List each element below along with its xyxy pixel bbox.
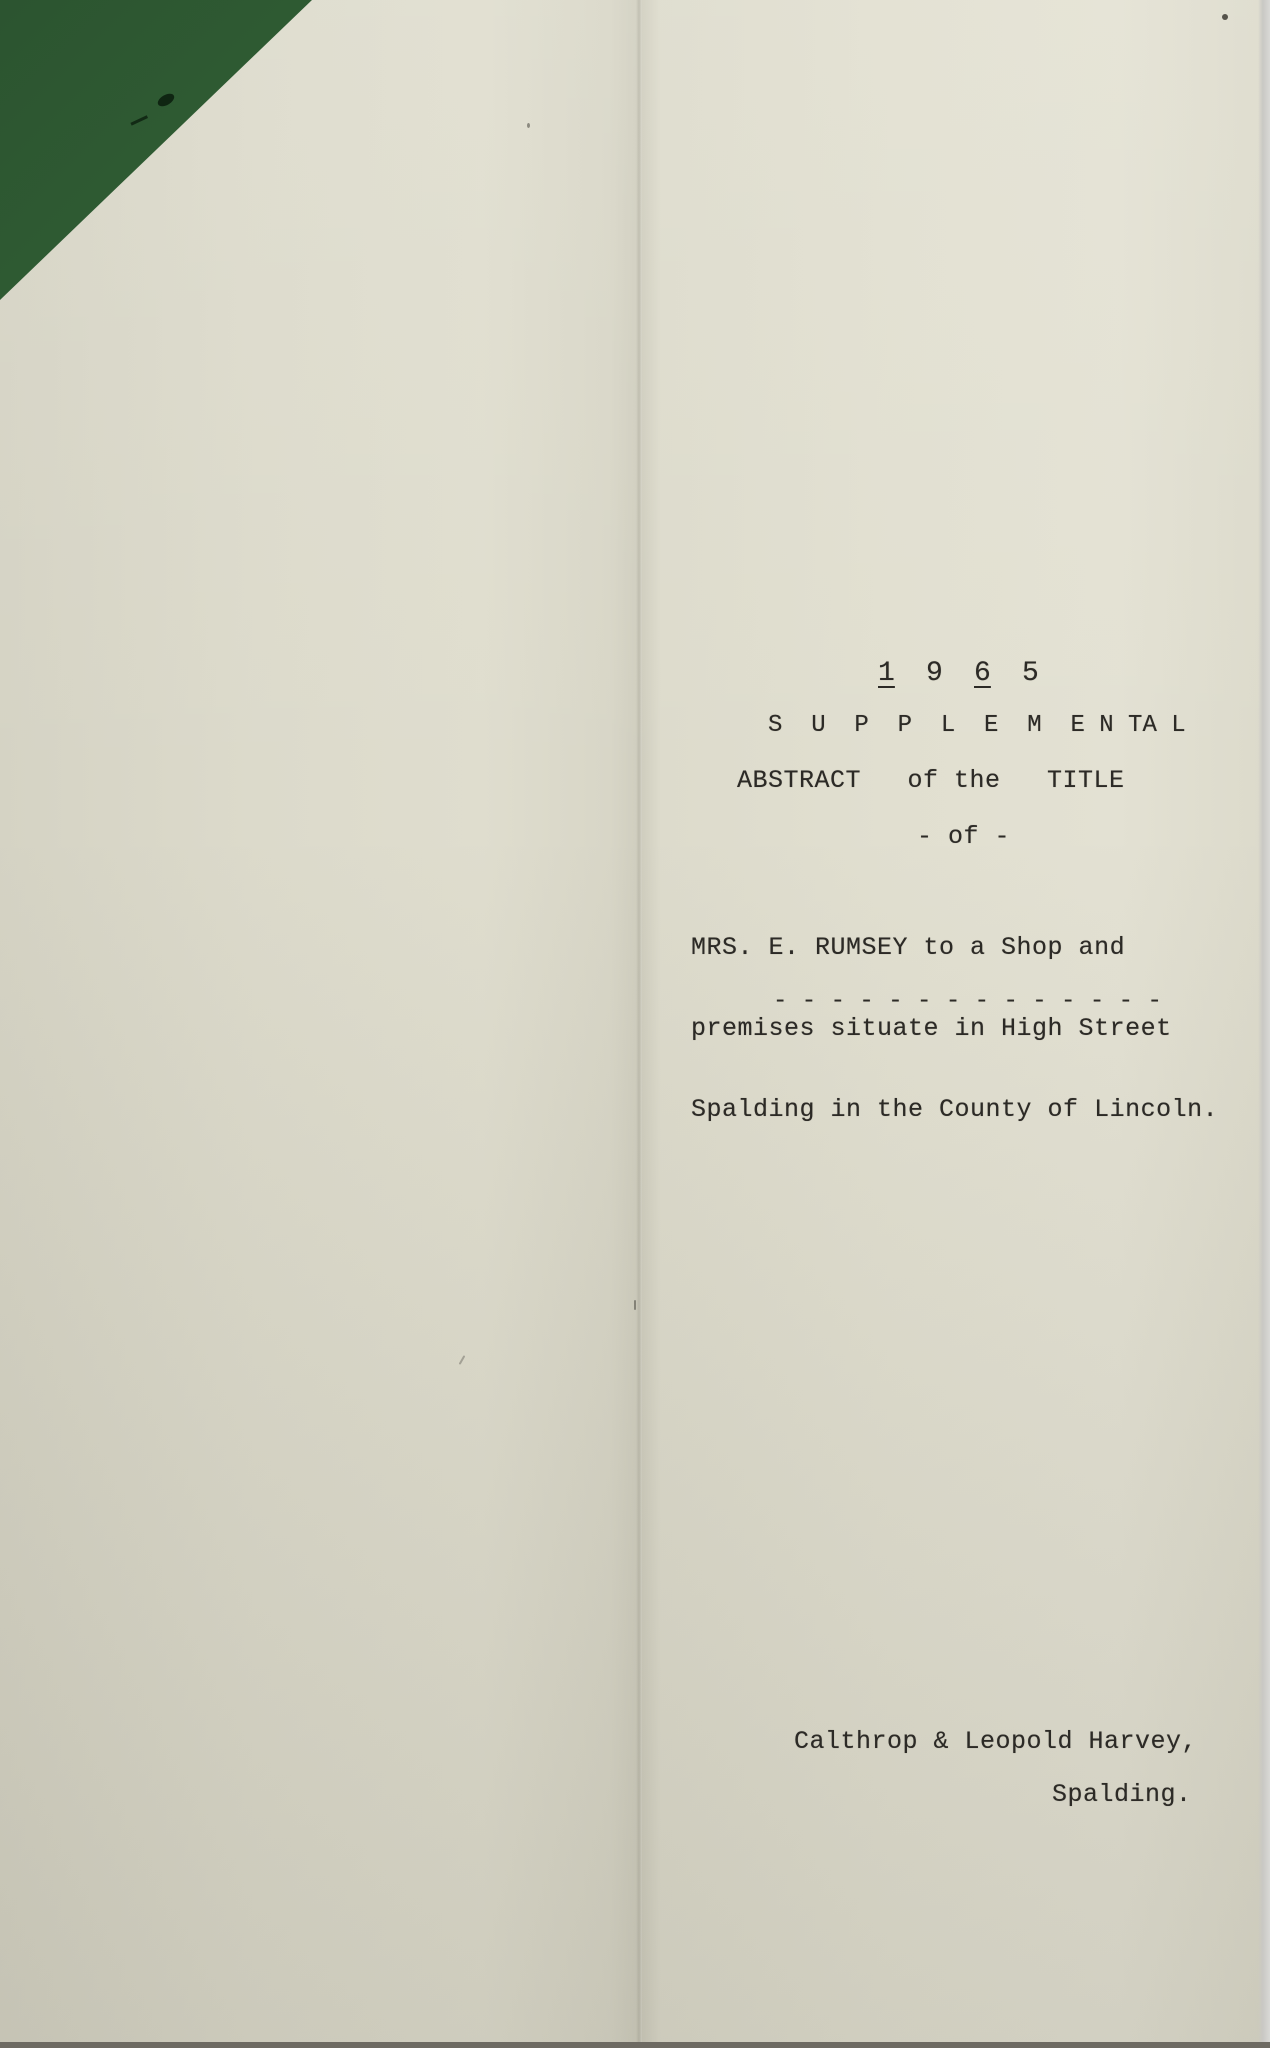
corner-triangle-icon [0,0,315,300]
ink-speck [1222,14,1228,20]
of-connector: - of - [917,824,1010,849]
document-page: 1965 S U P P L E M E N TA L ABSTRACT of … [0,0,1270,2048]
dashed-separator: - - - - - - - - - - - - - - [773,990,1162,1014]
description-line: MRS. E. RUMSEY to a Shop and [691,934,1218,961]
description-line: Spalding in the County of Lincoln. [691,1096,1218,1123]
document-year: 1965 [878,660,1070,688]
supplemental-heading: S U P P L E M E N TA L [768,714,1186,738]
property-description: MRS. E. RUMSEY to a Shop and premises si… [691,880,1218,1177]
description-line: premises situate in High Street [691,1015,1218,1042]
ink-speck [459,1355,466,1365]
page-edge-right [1258,0,1270,2048]
fold-crease [636,0,642,2048]
page-edge-bottom [0,2042,1270,2048]
solicitor-firm-name: Calthrop & Leopold Harvey, [794,1729,1197,1754]
green-cloth-corner [0,0,315,300]
ink-speck [527,123,530,128]
abstract-title-heading: ABSTRACT of the TITLE [737,768,1125,793]
year-digit: 5 [1022,660,1050,688]
ink-speck [634,1300,636,1310]
year-digit: 6 [974,660,1002,688]
year-digit: 9 [926,660,954,688]
year-digit: 1 [878,660,906,688]
solicitor-town: Spalding. [1052,1782,1192,1807]
